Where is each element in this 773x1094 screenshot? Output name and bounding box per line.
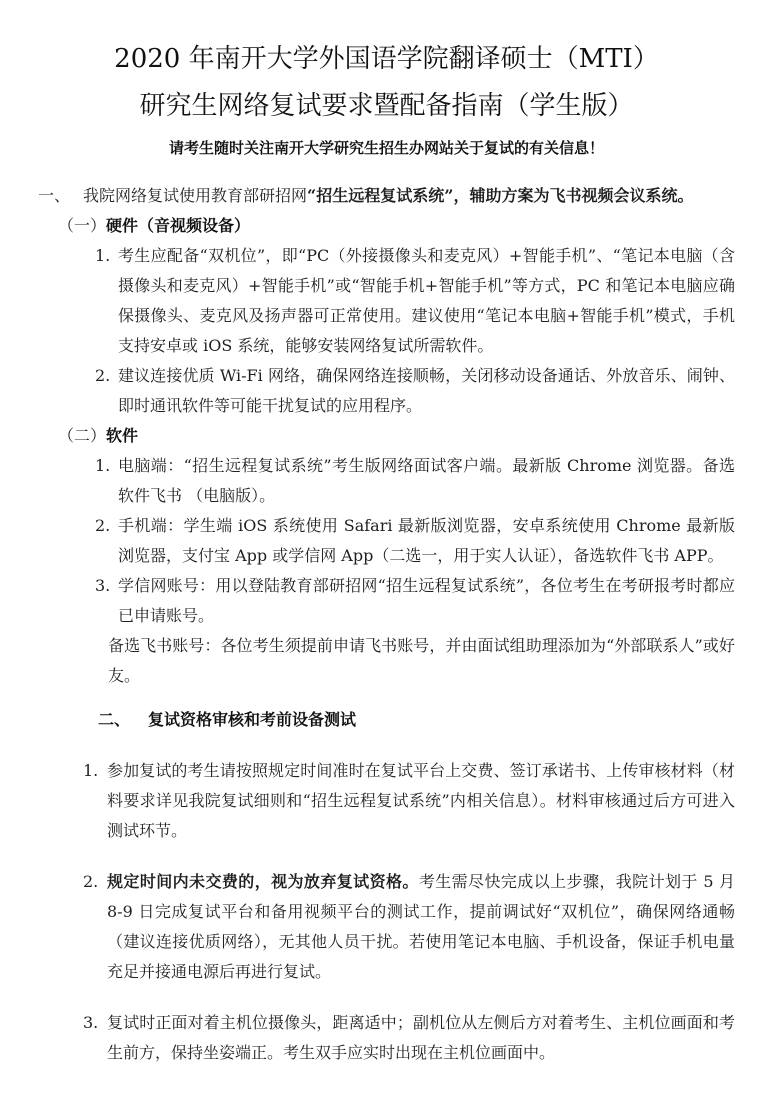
hardware-item-1: 1. 考生应配备“双机位”，即“PC（外接摄像头和麦克风）+智能手机”、“笔记本… [38,241,735,361]
hardware-item-2-number: 2. [95,361,110,391]
hardware-item-1-text: 考生应配备“双机位”，即“PC（外接摄像头和麦克风）+智能手机”、“笔记本电脑（… [118,246,735,355]
doc-title-line1: 2020 年南开大学外国语学院翻译硕士（MTI） [0,0,773,83]
hardware-heading-title: 硬件（音视频设备） [106,216,250,235]
hardware-item-1-number: 1. [95,241,110,271]
software-item-3: 3. 学信网账号：用以登陆教育部研招网“招生远程复试系统”，各位考生在考研报考时… [38,571,735,631]
document-page: 2020 年南开大学外国语学院翻译硕士（MTI） 研究生网络复试要求暨配备指南（… [0,0,773,1094]
section-two-marker: 二、 [98,710,148,729]
software-item-3-number: 3. [95,571,110,601]
software-item-1-number: 1. [95,451,110,481]
doc-notice: 请考生随时关注南开大学研究生招生办网站关于复试的有关信息！ [0,137,773,159]
section-two-item-1-text: 参加复试的考生请按照规定时间准时在复试平台上交费、签订承诺书、上传审核材料（材料… [107,761,735,840]
hardware-item-2-text: 建议连接优质 Wi-Fi 网络，确保网络连接顺畅，关闭移动设备通话、外放音乐、闹… [118,366,735,415]
section-two-item-2-bold: 规定时间内未交费的，视为放弃复试资格。 [107,872,419,891]
section-one-marker: 一、 [38,186,83,205]
section-two-item-3-number: 3. [83,1008,98,1038]
software-heading-marker: （二） [58,426,106,445]
software-item-2: 2. 手机端：学生端 iOS 系统使用 Safari 最新版浏览器，安卓系统使用… [38,511,735,571]
software-item-1: 1. 电脑端：“招生远程复试系统”考生版网络面试客户端。最新版 Chrome 浏… [38,451,735,511]
section-one-intro: 一、我院网络复试使用教育部研招网“招生远程复试系统”，辅助方案为飞书视频会议系统… [38,181,735,211]
software-heading: （二）软件 [58,421,735,451]
hardware-item-2: 2. 建议连接优质 Wi-Fi 网络，确保网络连接顺畅，关闭移动设备通话、外放音… [38,361,735,421]
doc-title-line2: 研究生网络复试要求暨配备指南（学生版） [0,83,773,130]
section-two-item-1-number: 1. [83,756,98,786]
section-two-heading: 二、复试资格审核和考前设备测试 [98,705,735,735]
section-two: 二、复试资格审核和考前设备测试 1. 参加复试的考生请按照规定时间准时在复试平台… [38,705,735,1068]
section-two-item-2-number: 2. [83,867,98,897]
hardware-heading: （一）硬件（音视频设备） [58,211,735,241]
software-item-3-text: 学信网账号：用以登陆教育部研招网“招生远程复试系统”，各位考生在考研报考时都应已… [118,576,735,625]
section-two-item-2: 2. 规定时间内未交费的，视为放弃复试资格。考生需尽快完成以上步骤，我院计划于 … [38,867,735,987]
software-heading-title: 软件 [106,426,138,445]
doc-body: 一、我院网络复试使用教育部研招网“招生远程复试系统”，辅助方案为飞书视频会议系统… [0,181,773,1068]
hardware-heading-marker: （一） [58,216,106,235]
section-one-intro-bold: “招生远程复试系统”，辅助方案为飞书视频会议系统。 [307,186,693,205]
section-one-intro-text: 我院网络复试使用教育部研招网 [83,186,307,205]
section-two-item-1: 1. 参加复试的考生请按照规定时间准时在复试平台上交费、签订承诺书、上传审核材料… [38,756,735,846]
section-two-title: 复试资格审核和考前设备测试 [148,710,356,729]
software-item-1-text: 电脑端：“招生远程复试系统”考生版网络面试客户端。最新版 Chrome 浏览器。… [118,456,735,505]
section-two-item-3-text: 复试时正面对着主机位摄像头，距离适中；副机位从左侧后方对着考生、主机位画面和考生… [107,1013,735,1062]
section-two-item-3: 3. 复试时正面对着主机位摄像头，距离适中；副机位从左侧后方对着考生、主机位画面… [38,1008,735,1068]
software-item-2-text: 手机端：学生端 iOS 系统使用 Safari 最新版浏览器，安卓系统使用 Ch… [118,516,735,565]
software-backup-note: 备选飞书账号：各位考生须提前申请飞书账号，并由面试组助理添加为“外部联系人”或好… [108,631,735,691]
software-item-2-number: 2. [95,511,110,541]
